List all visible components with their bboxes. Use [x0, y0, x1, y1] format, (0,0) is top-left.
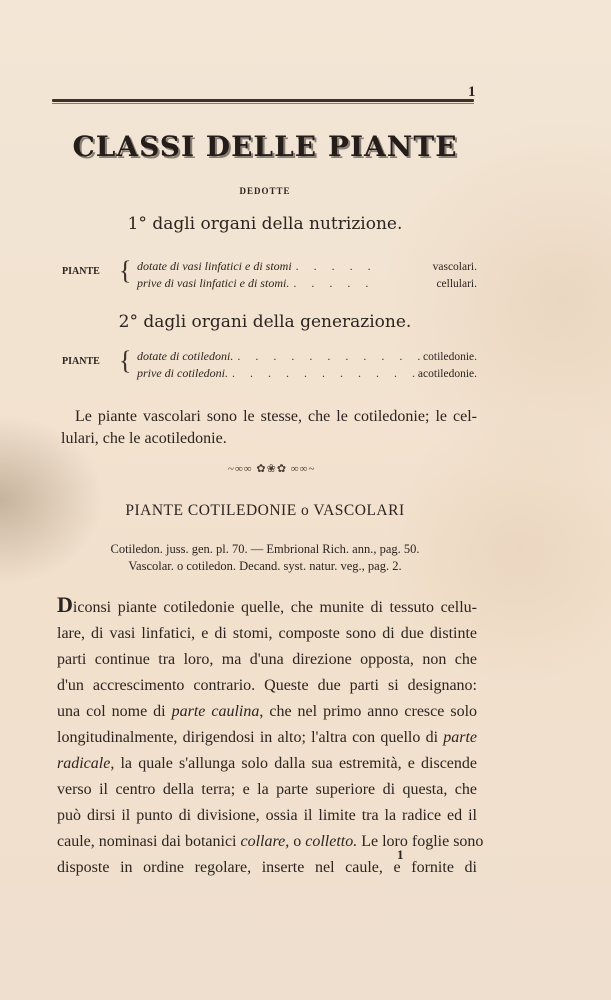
row-result: cellulari.	[436, 278, 477, 290]
note-line: lulari, che le acotiledonie.	[61, 428, 477, 450]
note-paragraph: Le piante vascolari sono le stesse, che …	[75, 406, 477, 450]
drop-cap: D	[57, 592, 73, 617]
row-description: dotate di vasi linfatici e di stomi	[137, 259, 292, 274]
body-line: Diconsi piante cotiledonie quelle, che m…	[57, 592, 477, 621]
body-line: una col nome di parte caulina, che nel p…	[57, 699, 477, 725]
italic-term: radicale	[57, 755, 110, 772]
row-result: cotiledonie.	[423, 351, 477, 363]
note-line: Le piante vascolari sono le stesse, che …	[75, 406, 477, 428]
italic-term: parte caulina	[172, 703, 260, 720]
body-line: può dirsi il punto di divisione, ossia i…	[57, 803, 477, 829]
references: Cotiledon. juss. gen. pl. 70. — Embriona…	[0, 541, 530, 575]
section-title: PIANTE COTILEDONIE o VASCOLARI	[0, 502, 530, 520]
classification-row: prive di cotiledoni. . . . . . . . . . .…	[137, 366, 477, 381]
text-run: , la quale s'allunga solo dalla sua estr…	[110, 755, 477, 772]
ornament-divider-icon: ~∞∞ ✿❀✿ ∞∞~	[228, 462, 315, 475]
reference-line: Vascolar. o cotiledon. Decand. syst. nat…	[0, 558, 530, 575]
leader-dots: . . . . . . . . . . .	[233, 349, 423, 364]
text-run: longitudinalmente, dirigendosi in alto; …	[57, 729, 443, 746]
row-result: acotiledonie.	[418, 368, 477, 380]
body-text: Diconsi piante cotiledonie quelle, che m…	[57, 592, 477, 881]
body-line: radicale, la quale s'allunga solo dalla …	[57, 751, 477, 777]
italic-term: collare	[241, 833, 286, 850]
leader-dots: . . . . .	[289, 276, 436, 291]
classification-label-1: PIANTE	[62, 266, 100, 277]
reference-line: Cotiledon. juss. gen. pl. 70. — Embriona…	[0, 541, 530, 558]
leader-dots: . . . . .	[292, 259, 433, 274]
text-run: verso il centro della terra; e la parte …	[57, 781, 477, 798]
italic-term: colletto.	[305, 833, 357, 850]
text-run: , che nel primo anno cresce solo	[259, 703, 477, 720]
classification-row: prive di vasi linfatici e di stomi. . . …	[137, 276, 477, 291]
subtitle-dedotte: DEDOTTE	[0, 186, 530, 196]
leader-dots: . . . . . . . . . . .	[228, 366, 418, 381]
text-run: , o	[285, 833, 305, 850]
brace-icon: {	[119, 348, 131, 374]
section2-heading: 2° dagli organi della generazione.	[0, 312, 530, 332]
text-run: Le loro foglie sono	[357, 833, 483, 850]
brace-icon: {	[119, 258, 131, 284]
classification-row: dotate di cotiledoni. . . . . . . . . . …	[137, 349, 477, 364]
text-run: lare, di vasi linfatici, e di stomi, com…	[57, 625, 477, 642]
text-run: d'un accrescimento contrario. Queste due…	[57, 677, 477, 694]
body-line: longitudinalmente, dirigendosi in alto; …	[57, 725, 477, 751]
text-run: può dirsi il punto di divisione, ossia i…	[57, 807, 477, 824]
italic-term: parte	[443, 729, 477, 746]
section1-heading: 1° dagli organi della nutrizione.	[0, 214, 530, 234]
text-run: disposte in ordine regolare, inserte nel…	[57, 859, 477, 876]
body-line: parti continue tra loro, ma d'una direzi…	[57, 647, 477, 673]
body-line: lare, di vasi linfatici, e di stomi, com…	[57, 621, 477, 647]
classification-label-2: PIANTE	[62, 356, 100, 367]
signature-mark: 1	[397, 847, 404, 863]
body-line: d'un accrescimento contrario. Queste due…	[57, 673, 477, 699]
text-run: una col nome di	[57, 703, 172, 720]
header-rule-thin	[52, 103, 474, 104]
page-title: CLASSI DELLE PIANTE	[0, 130, 530, 163]
text-run: parti continue tra loro, ma d'una direzi…	[57, 651, 477, 668]
row-description: dotate di cotiledoni.	[137, 349, 233, 364]
body-line: caule, nominasi dai botanici collare, o …	[57, 829, 477, 855]
text-run: iconsi piante cotiledonie quelle, che mu…	[73, 599, 477, 616]
text-run: caule, nominasi dai botanici	[57, 833, 241, 850]
row-description: prive di cotiledoni.	[137, 366, 228, 381]
classification-row: dotate di vasi linfatici e di stomi . . …	[137, 259, 477, 274]
body-line: disposte in ordine regolare, inserte nel…	[57, 855, 477, 881]
row-result: vascolari.	[433, 261, 477, 273]
header-rule	[52, 99, 474, 102]
row-description: prive di vasi linfatici e di stomi.	[137, 276, 289, 291]
body-line: verso il centro della terra; e la parte …	[57, 777, 477, 803]
